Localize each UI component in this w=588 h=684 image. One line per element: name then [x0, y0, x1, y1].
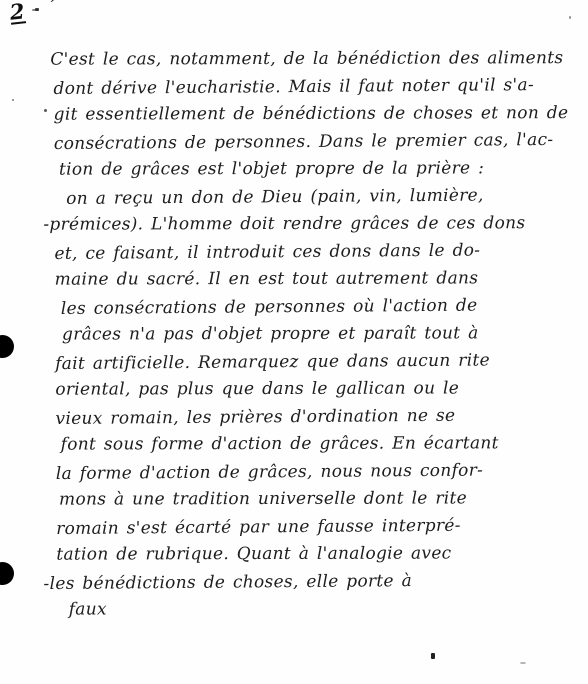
manuscript-line: on a reçu un don de Dieu (pain, vin, lum…	[66, 181, 587, 213]
manuscript-line: oriental, pas plus que dans le gallican …	[55, 375, 588, 404]
manuscript-line: C'est le cas, notamment, de la bénédicti…	[50, 45, 586, 74]
manuscript-line: maine du sacré. Il en est tout autrement…	[55, 265, 588, 294]
scan-speck	[431, 653, 435, 659]
page-number: 2 – ˊ	[10, 2, 54, 24]
manuscript-line: font sous forme d'action de grâces. En é…	[61, 430, 588, 459]
manuscript-line: vieux romain, les prières d'ordination n…	[55, 401, 588, 433]
scan-speck	[44, 109, 47, 112]
handwritten-text-block: C'est le cas, notamment, de la bénédicti…	[0, 44, 588, 625]
manuscript-line: mons à une tradition universelle dont le…	[59, 485, 588, 514]
page-number-value: 2	[9, 1, 26, 24]
manuscript-line: la forme d'action de grâces, nous nous c…	[56, 456, 588, 488]
manuscript-line: -prémices). L'homme doit rendre grâces d…	[43, 210, 587, 239]
manuscript-line: consécrations de personnes. Dans le prem…	[54, 126, 587, 158]
manuscript-line: grâces n'a pas d'objet propre et paraît …	[62, 320, 588, 349]
manuscript-page: 2 – ˊ C'est le cas, notamment, de la bén…	[0, 0, 588, 684]
manuscript-line: dont dérive l'eucharistie. Mais il faut …	[53, 71, 586, 103]
scan-speck	[35, 8, 39, 11]
manuscript-line: fait artificielle. Remarquez que dans au…	[55, 346, 588, 378]
manuscript-line: les consécrations de personnes où l'acti…	[61, 291, 588, 323]
manuscript-line: git essentiellement de bénédictions de c…	[54, 100, 587, 129]
manuscript-line: tion de grâces est l'objet propre de la …	[59, 155, 587, 184]
scan-speck	[569, 16, 571, 19]
page-number-tick: ˊ	[48, 2, 54, 10]
scan-speck	[520, 662, 526, 664]
manuscript-line: romain s'est écarté par une fausse inter…	[56, 511, 588, 543]
manuscript-line: et, ce faisant, il introduit ces dons da…	[54, 236, 587, 268]
manuscript-line: faux	[69, 595, 588, 624]
manuscript-line: tation de rubrique. Quant à l'analogie a…	[56, 540, 588, 569]
scan-speck	[12, 99, 14, 101]
manuscript-line: -les bénédictions de choses, elle porte …	[43, 566, 588, 598]
